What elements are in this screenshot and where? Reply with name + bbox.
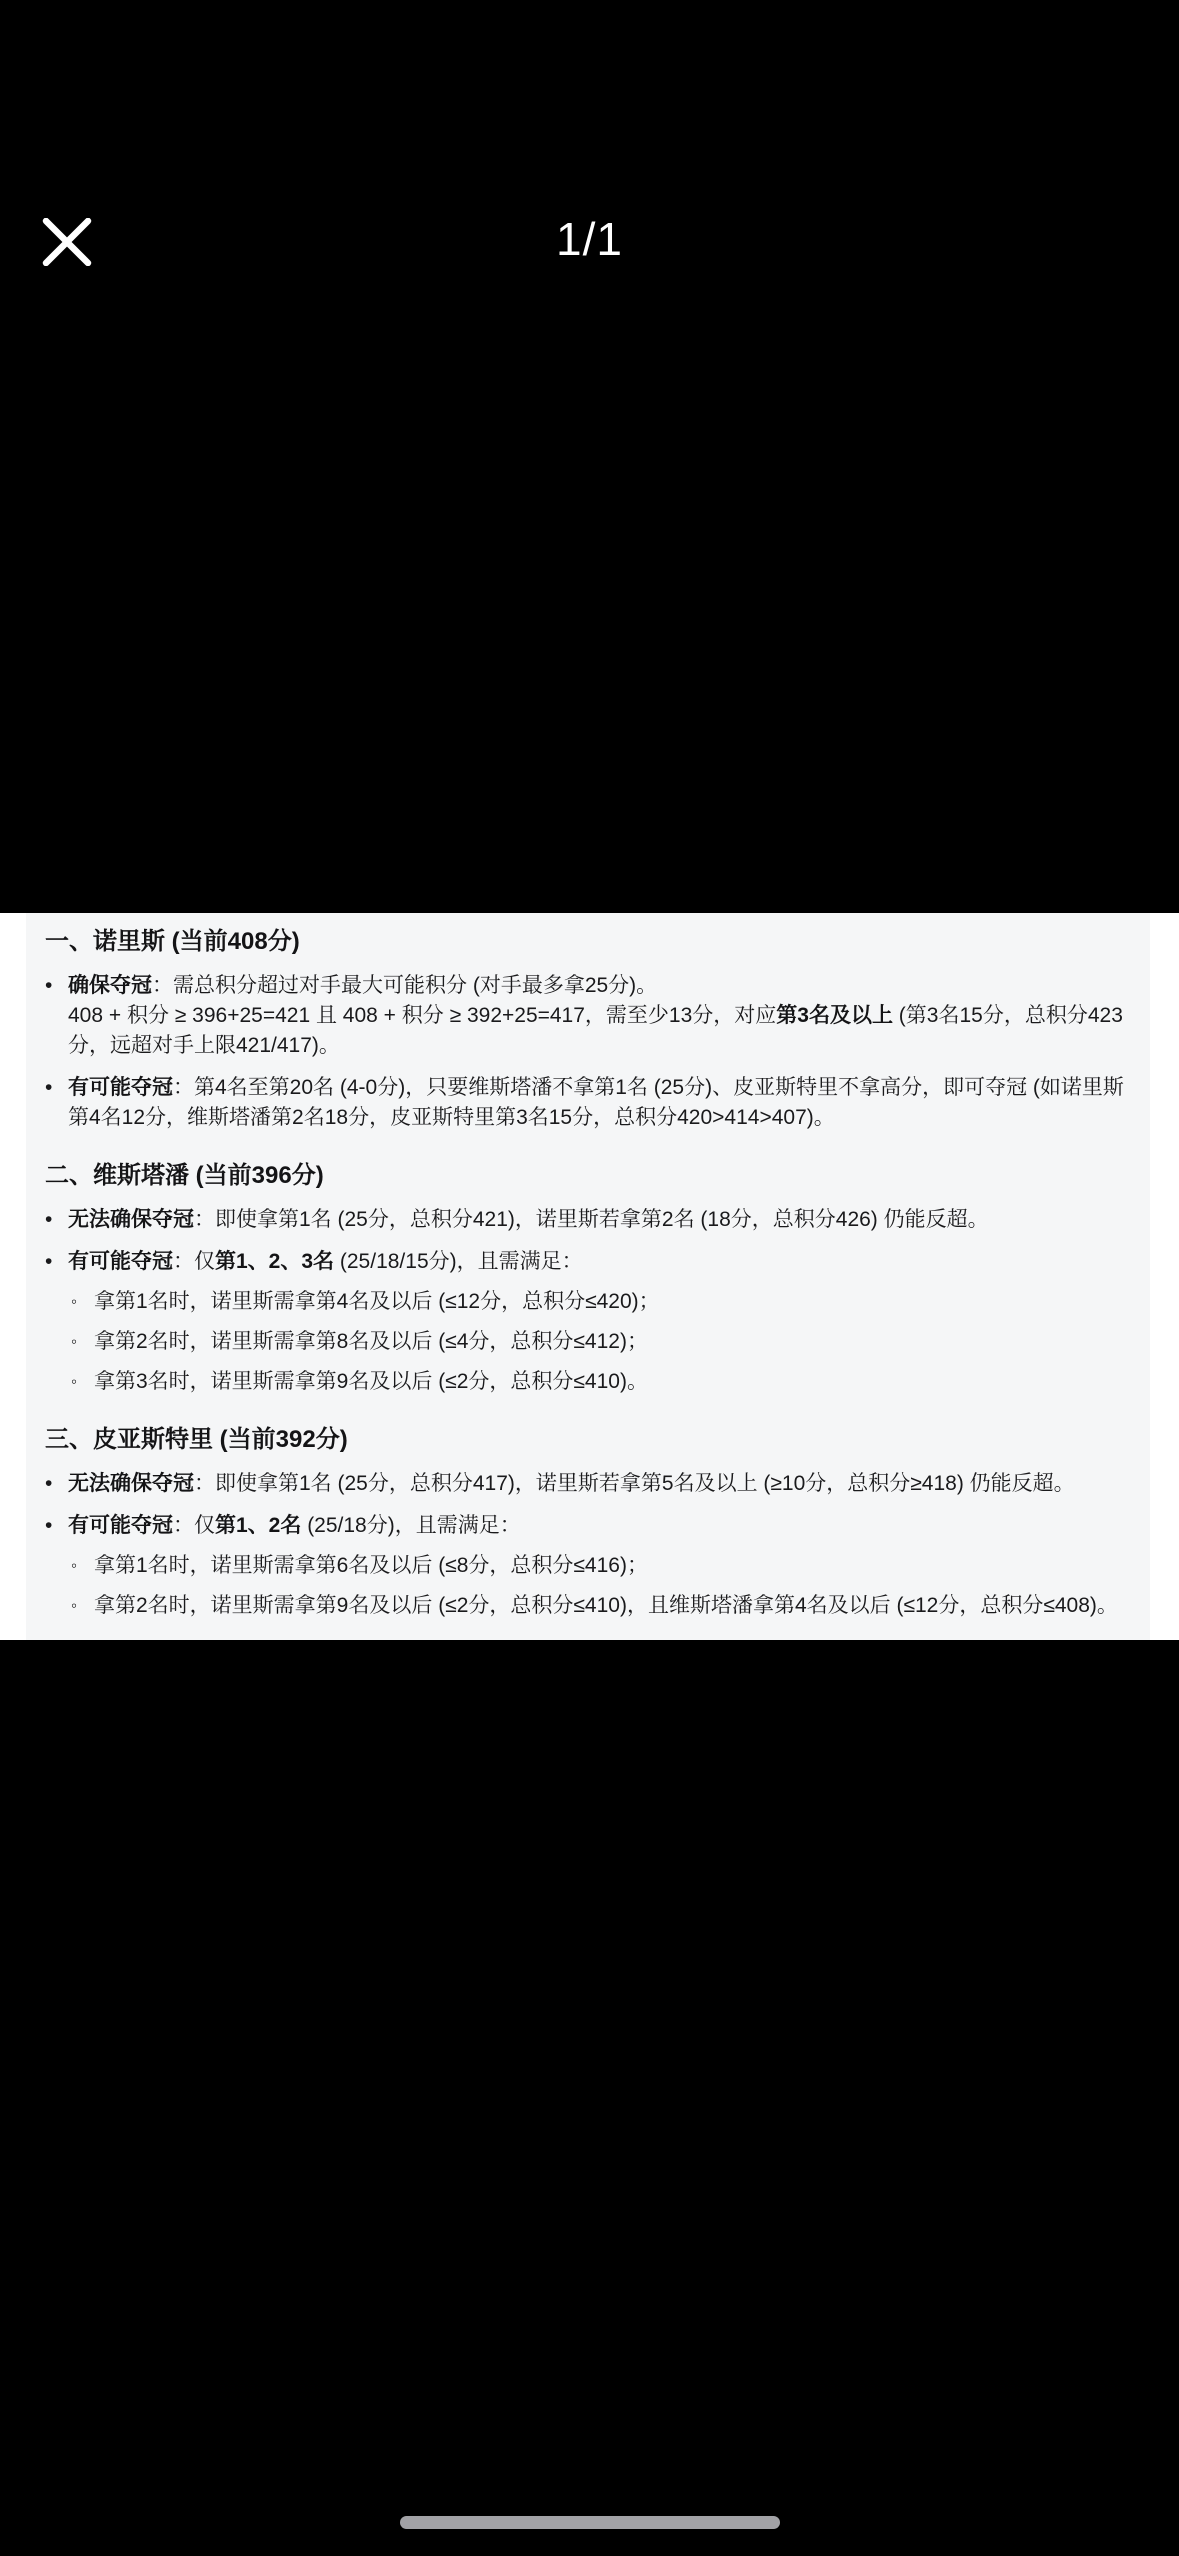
list-item: •确保夺冠：需总积分超过对手最大可能积分 (对手最多拿25分)。408 + 积分… — [45, 971, 1128, 1061]
list-item: ◦拿第2名时，诺里斯需拿第8名及以后 (≤4分，总积分≤412)； — [71, 1327, 1128, 1357]
list-item-text: 拿第1名时，诺里斯需拿第4名及以后 (≤12分，总积分≤420)； — [94, 1287, 1128, 1317]
bullet-marker: ◦ — [71, 1327, 94, 1357]
list-item: •无法确保夺冠：即使拿第1名 (25分，总积分417)，诺里斯若拿第5名及以上 … — [45, 1469, 1128, 1499]
text: 拿第1名时，诺里斯需拿第6名及以后 (≤8分，总积分≤416)； — [94, 1554, 648, 1577]
list-item-text: 有可能夺冠：第4名至第20名 (4-0分)，只要维斯塔潘不拿第1名 (25分)、… — [68, 1073, 1128, 1133]
text: 408 + 积分 ≥ 396+25=421 且 408 + 积分 ≥ 392+2… — [68, 1004, 776, 1027]
bold-text: 第1、2、3名 — [215, 1250, 334, 1273]
document-section: 三、皮亚斯特里 (当前392分)•无法确保夺冠：即使拿第1名 (25分，总积分4… — [45, 1423, 1128, 1621]
bullet-marker: ◦ — [71, 1551, 94, 1581]
text: 拿第1名时，诺里斯需拿第4名及以后 (≤12分，总积分≤420)； — [94, 1290, 660, 1313]
section-heading: 一、诺里斯 (当前408分) — [45, 925, 1128, 959]
text: 拿第2名时，诺里斯需拿第8名及以后 (≤4分，总积分≤412)； — [94, 1330, 648, 1353]
list-item: •无法确保夺冠：即使拿第1名 (25分，总积分421)，诺里斯若拿第2名 (18… — [45, 1205, 1128, 1235]
bullet-marker: • — [45, 1469, 68, 1499]
text: ：即使拿第1名 (25分，总积分421)，诺里斯若拿第2名 (18分，总积分42… — [194, 1208, 989, 1231]
home-indicator[interactable] — [400, 2516, 780, 2529]
section-heading: 三、皮亚斯特里 (当前392分) — [45, 1423, 1128, 1457]
list-item-text: 确保夺冠：需总积分超过对手最大可能积分 (对手最多拿25分)。408 + 积分 … — [68, 971, 1128, 1061]
list-item-text: 拿第2名时，诺里斯需拿第8名及以后 (≤4分，总积分≤412)； — [94, 1327, 1128, 1357]
document-body: 一、诺里斯 (当前408分)•确保夺冠：需总积分超过对手最大可能积分 (对手最多… — [26, 913, 1150, 1640]
list-item-text: 有可能夺冠：仅第1、2、3名 (25/18/15分)，且需满足： — [68, 1247, 1128, 1277]
list-item: ◦拿第1名时，诺里斯需拿第4名及以后 (≤12分，总积分≤420)； — [71, 1287, 1128, 1317]
bold-text: 有可能夺冠 — [68, 1514, 173, 1537]
list-item: ◦拿第3名时，诺里斯需拿第9名及以后 (≤2分，总积分≤410)。 — [71, 1367, 1128, 1397]
list-item-text: 拿第3名时，诺里斯需拿第9名及以后 (≤2分，总积分≤410)。 — [94, 1367, 1128, 1397]
section-heading: 二、维斯塔潘 (当前396分) — [45, 1159, 1128, 1193]
text: ：仅 — [173, 1514, 215, 1537]
bullet-marker: ◦ — [71, 1591, 94, 1621]
list-item-text: 有可能夺冠：仅第1、2名 (25/18分)，且需满足： — [68, 1511, 1128, 1541]
bullet-marker: • — [45, 1511, 68, 1541]
list-item-text: 无法确保夺冠：即使拿第1名 (25分，总积分417)，诺里斯若拿第5名及以上 (… — [68, 1469, 1128, 1499]
list-item-text: 无法确保夺冠：即使拿第1名 (25分，总积分421)，诺里斯若拿第2名 (18分… — [68, 1205, 1128, 1235]
bullet-marker: • — [45, 1073, 68, 1103]
bold-text: 有可能夺冠 — [68, 1250, 173, 1273]
bold-text: 第3名及以上 — [776, 1004, 893, 1027]
text: (25/18分)，且需满足： — [301, 1514, 520, 1537]
viewed-image[interactable]: 一、诺里斯 (当前408分)•确保夺冠：需总积分超过对手最大可能积分 (对手最多… — [0, 913, 1179, 1640]
bullet-marker: ◦ — [71, 1287, 94, 1317]
bullet-marker: • — [45, 971, 68, 1001]
bold-text: 有可能夺冠 — [68, 1076, 173, 1099]
bullet-marker: • — [45, 1205, 68, 1235]
document-section: 二、维斯塔潘 (当前396分)•无法确保夺冠：即使拿第1名 (25分，总积分42… — [45, 1159, 1128, 1397]
document-section: 一、诺里斯 (当前408分)•确保夺冠：需总积分超过对手最大可能积分 (对手最多… — [45, 925, 1128, 1133]
text: (25/18/15分)，且需满足： — [334, 1250, 583, 1273]
bullet-marker: ◦ — [71, 1367, 94, 1397]
list-item: •有可能夺冠：仅第1、2、3名 (25/18/15分)，且需满足： — [45, 1247, 1128, 1277]
list-item: ◦拿第2名时，诺里斯需拿第9名及以后 (≤2分，总积分≤410)，且维斯塔潘拿第… — [71, 1591, 1128, 1621]
text: ：第4名至第20名 (4-0分)，只要维斯塔潘不拿第1名 (25分)、皮亚斯特里… — [68, 1076, 1124, 1129]
bold-text: 第1、2名 — [215, 1514, 301, 1537]
bold-text: 确保夺冠 — [68, 974, 152, 997]
list-item-text: 拿第2名时，诺里斯需拿第9名及以后 (≤2分，总积分≤410)，且维斯塔潘拿第4… — [94, 1591, 1128, 1621]
list-item-text: 拿第1名时，诺里斯需拿第6名及以后 (≤8分，总积分≤416)； — [94, 1551, 1128, 1581]
text: ：需总积分超过对手最大可能积分 (对手最多拿25分)。 — [152, 974, 657, 997]
list-item: ◦拿第1名时，诺里斯需拿第6名及以后 (≤8分，总积分≤416)； — [71, 1551, 1128, 1581]
text: ：即使拿第1名 (25分，总积分417)，诺里斯若拿第5名及以上 (≥10分，总… — [194, 1472, 1075, 1495]
bold-text: 无法确保夺冠 — [68, 1208, 194, 1231]
bold-text: 无法确保夺冠 — [68, 1472, 194, 1495]
text: 拿第2名时，诺里斯需拿第9名及以后 (≤2分，总积分≤410)，且维斯塔潘拿第4… — [94, 1594, 1118, 1617]
list-item: •有可能夺冠：仅第1、2名 (25/18分)，且需满足： — [45, 1511, 1128, 1541]
page-indicator: 1/1 — [0, 212, 1179, 266]
list-item: •有可能夺冠：第4名至第20名 (4-0分)，只要维斯塔潘不拿第1名 (25分)… — [45, 1073, 1128, 1133]
bullet-marker: • — [45, 1247, 68, 1277]
text: ：仅 — [173, 1250, 215, 1273]
text: 拿第3名时，诺里斯需拿第9名及以后 (≤2分，总积分≤410)。 — [94, 1370, 648, 1393]
